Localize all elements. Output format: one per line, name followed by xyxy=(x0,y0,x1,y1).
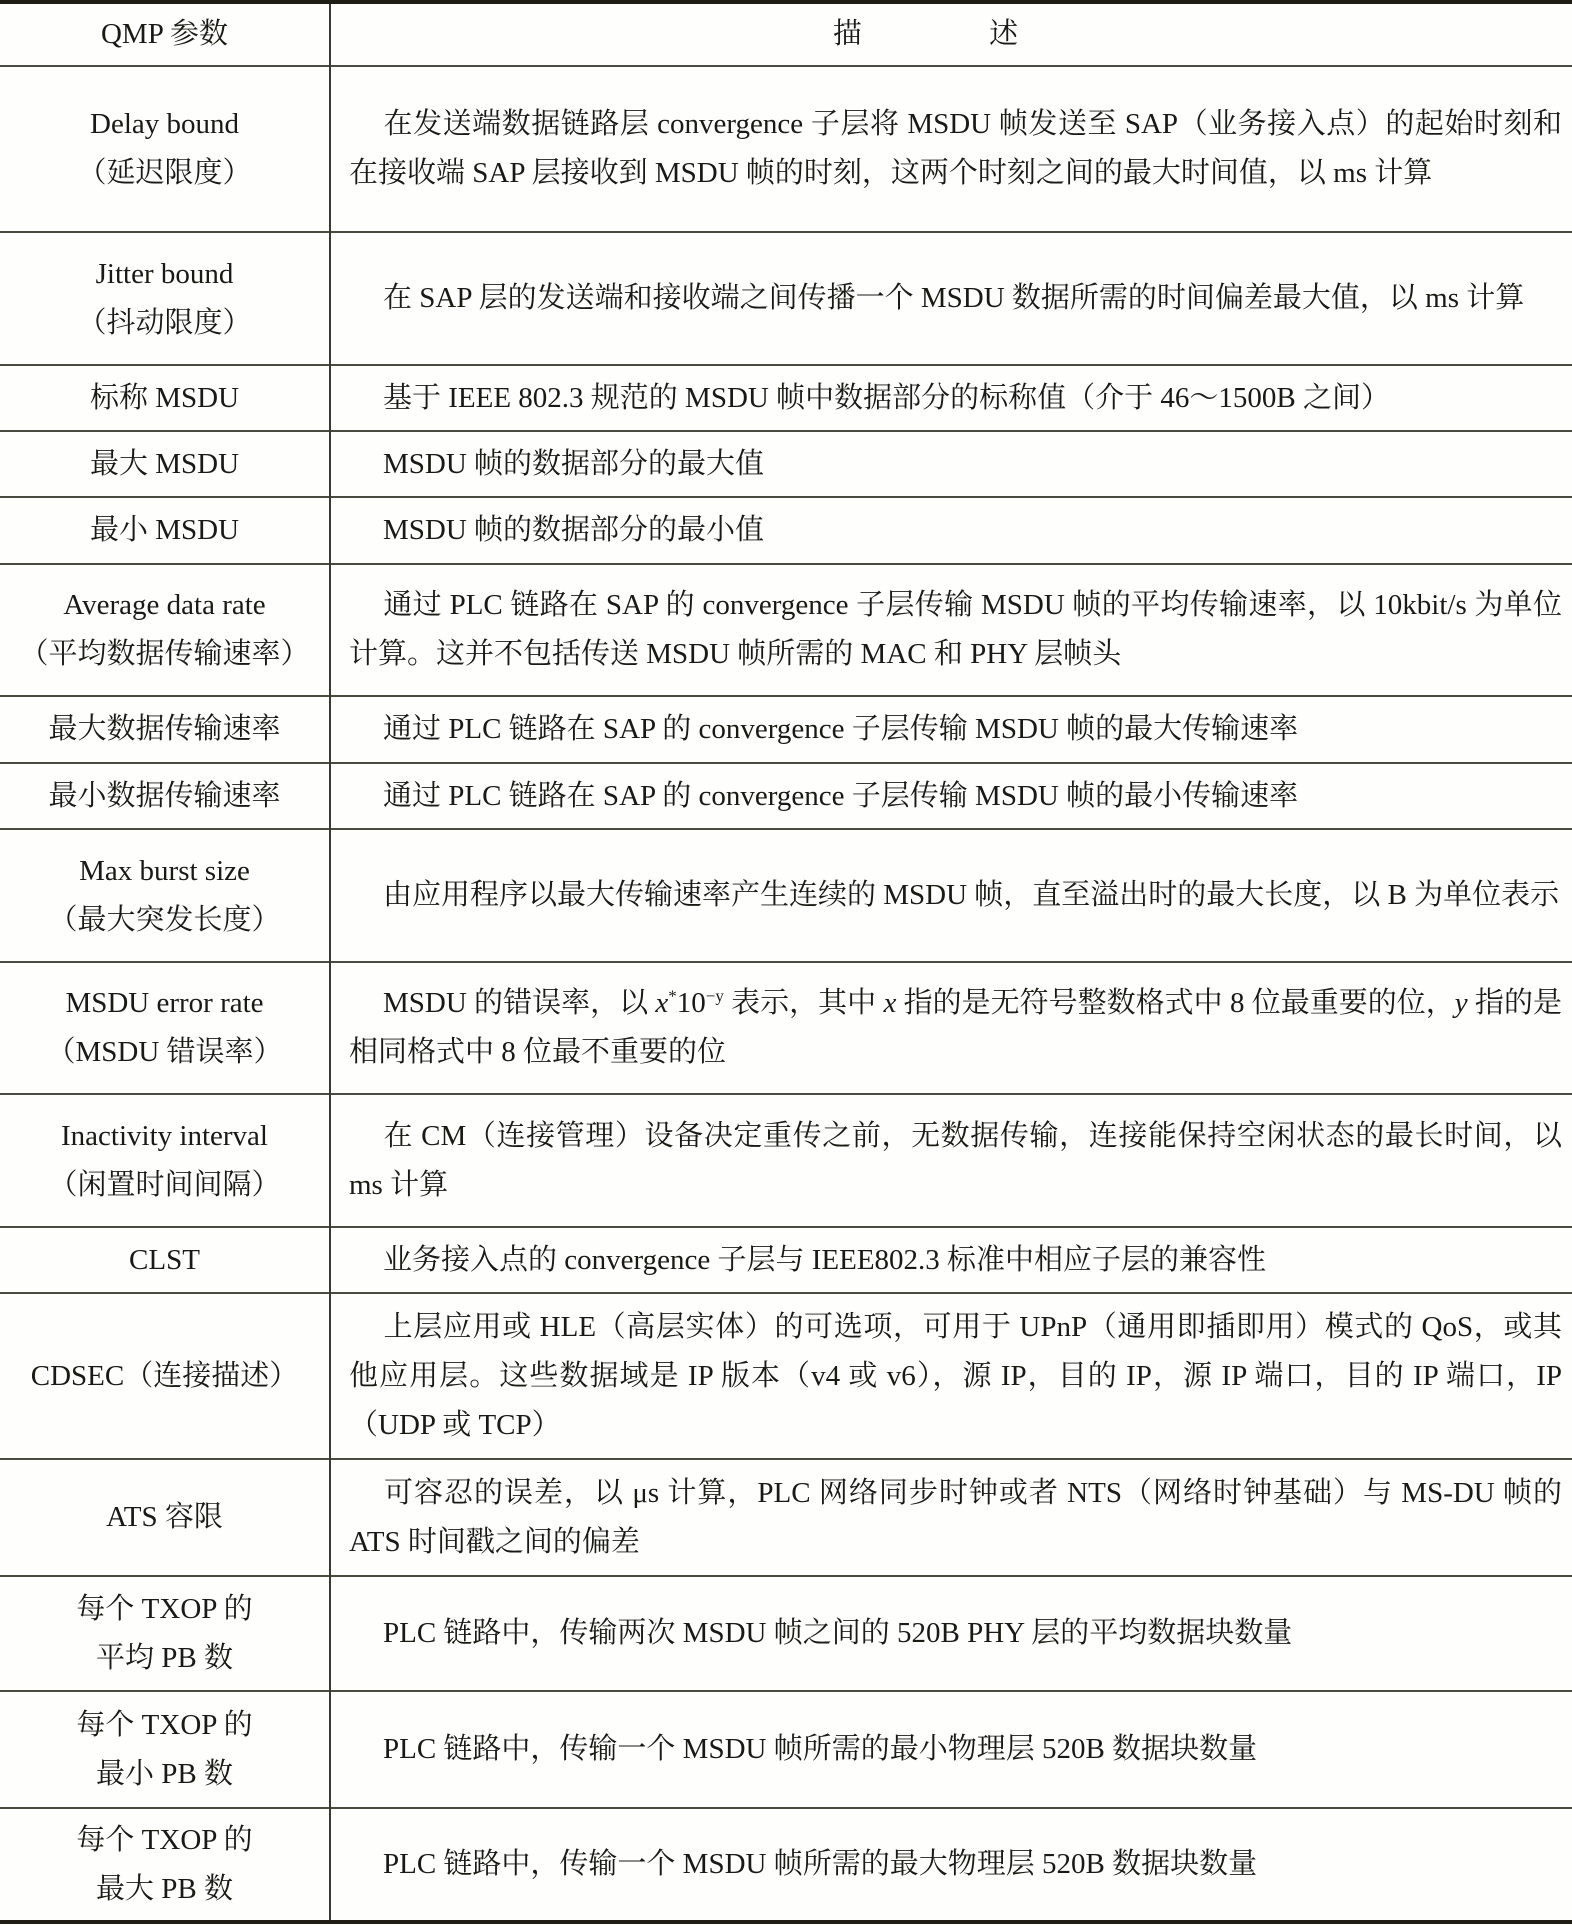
table-row: CLST业务接入点的 convergence 子层与 IEEE802.3 标准中… xyxy=(0,1227,1572,1293)
table-row: 每个 TXOP 的平均 PB 数PLC 链路中，传输两次 MSDU 帧之间的 5… xyxy=(0,1576,1572,1691)
desc-text: 在 SAP 层的发送端和接收端之间传播一个 MSDU 数据所需的时间偏差最大值，… xyxy=(383,282,1524,314)
table-row: 标称 MSDU基于 IEEE 802.3 规范的 MSDU 帧中数据部分的标称值… xyxy=(0,365,1572,431)
desc-text: 通过 PLC 链路在 SAP 的 convergence 子层传输 MSDU 帧… xyxy=(349,589,1562,670)
desc-text: 在 CM（连接管理）设备决定重传之前，无数据传输，连接能保持空闲状态的最长时间，… xyxy=(349,1120,1562,1201)
desc-text: PLC 链路中，传输两次 MSDU 帧之间的 520B PHY 层的平均数据块数… xyxy=(383,1617,1292,1649)
param-label: 最大 PB 数 xyxy=(6,1865,323,1914)
table-row: Inactivity interval（闲置时间间隔）在 CM（连接管理）设备决… xyxy=(0,1094,1572,1227)
param-label: 每个 TXOP 的 xyxy=(6,1585,323,1634)
desc-text: 基于 IEEE 802.3 规范的 MSDU 帧中数据部分的标称值（介于 46～… xyxy=(383,382,1390,414)
param-cell: Max burst size（最大突发长度） xyxy=(0,829,330,962)
param-label: （抖动限度） xyxy=(6,299,323,348)
desc-cell: PLC 链路中，传输一个 MSDU 帧所需的最大物理层 520B 数据块数量 xyxy=(330,1808,1572,1922)
param-cell: CDSEC（连接描述） xyxy=(0,1293,330,1459)
desc-text: PLC 链路中，传输一个 MSDU 帧所需的最小物理层 520B 数据块数量 xyxy=(383,1733,1257,1765)
table-row: Delay bound（延迟限度）在发送端数据链路层 convergence 子… xyxy=(0,66,1572,232)
param-cell: Average data rate（平均数据传输速率） xyxy=(0,564,330,696)
desc-cell: PLC 链路中，传输两次 MSDU 帧之间的 520B PHY 层的平均数据块数… xyxy=(330,1576,1572,1691)
param-label: 最小 PB 数 xyxy=(6,1750,323,1799)
desc-text: 在发送端数据链路层 convergence 子层将 MSDU 帧发送至 SAP（… xyxy=(349,108,1562,189)
param-cell: 最小 MSDU xyxy=(0,497,330,564)
desc-cell: PLC 链路中，传输一个 MSDU 帧所需的最小物理层 520B 数据块数量 xyxy=(330,1691,1572,1808)
desc-cell: 通过 PLC 链路在 SAP 的 convergence 子层传输 MSDU 帧… xyxy=(330,696,1572,763)
param-label: 最小数据传输速率 xyxy=(6,772,323,821)
param-cell: 最小数据传输速率 xyxy=(0,763,330,829)
desc-text: 业务接入点的 convergence 子层与 IEEE802.3 标准中相应子层… xyxy=(383,1244,1266,1276)
table-row: Jitter bound（抖动限度）在 SAP 层的发送端和接收端之间传播一个 … xyxy=(0,232,1572,365)
param-label: Inactivity interval xyxy=(6,1112,323,1161)
param-cell: Jitter bound（抖动限度） xyxy=(0,232,330,365)
param-label: 最大 MSDU xyxy=(6,440,323,489)
param-label: 最大数据传输速率 xyxy=(6,705,323,754)
param-cell: ATS 容限 xyxy=(0,1459,330,1576)
desc-text: 可容忍的误差，以 μs 计算，PLC 网络同步时钟或者 NTS（网络时钟基础）与… xyxy=(349,1477,1562,1558)
param-label: （最大突发长度） xyxy=(6,896,323,945)
desc-cell: 在发送端数据链路层 convergence 子层将 MSDU 帧发送至 SAP（… xyxy=(330,66,1572,232)
param-label: Delay bound xyxy=(6,100,323,149)
param-label: CLST xyxy=(6,1236,323,1285)
desc-cell: 业务接入点的 convergence 子层与 IEEE802.3 标准中相应子层… xyxy=(330,1227,1572,1293)
param-label: Max burst size xyxy=(6,847,323,896)
param-cell: 最大数据传输速率 xyxy=(0,696,330,763)
desc-text: 通过 PLC 链路在 SAP 的 convergence 子层传输 MSDU 帧… xyxy=(383,713,1298,745)
desc-text: PLC 链路中，传输一个 MSDU 帧所需的最大物理层 520B 数据块数量 xyxy=(383,1848,1257,1880)
desc-text: MSDU 帧的数据部分的最大值 xyxy=(383,448,764,480)
desc-text: MSDU 帧的数据部分的最小值 xyxy=(383,514,764,546)
header-param: QMP 参数 xyxy=(0,2,330,66)
param-label: （延迟限度） xyxy=(6,149,323,198)
param-cell: 标称 MSDU xyxy=(0,365,330,431)
table-row: ATS 容限可容忍的误差，以 μs 计算，PLC 网络同步时钟或者 NTS（网络… xyxy=(0,1459,1572,1576)
table-row: 每个 TXOP 的最大 PB 数PLC 链路中，传输一个 MSDU 帧所需的最大… xyxy=(0,1808,1572,1922)
table-row: 最大 MSDUMSDU 帧的数据部分的最大值 xyxy=(0,431,1572,497)
table-row: Max burst size（最大突发长度）由应用程序以最大传输速率产生连续的 … xyxy=(0,829,1572,962)
param-label: 每个 TXOP 的 xyxy=(6,1816,323,1865)
table-row: 最小 MSDUMSDU 帧的数据部分的最小值 xyxy=(0,497,1572,564)
desc-cell: MSDU 的错误率，以 x*10−y 表示，其中 x 指的是无符号整数格式中 8… xyxy=(330,962,1572,1094)
desc-cell: MSDU 帧的数据部分的最小值 xyxy=(330,497,1572,564)
param-label: 最小 MSDU xyxy=(6,506,323,555)
param-cell: MSDU error rate（MSDU 错误率） xyxy=(0,962,330,1094)
table-header-row: QMP 参数 描 述 xyxy=(0,2,1572,66)
desc-cell: 可容忍的误差，以 μs 计算，PLC 网络同步时钟或者 NTS（网络时钟基础）与… xyxy=(330,1459,1572,1576)
param-label: 每个 TXOP 的 xyxy=(6,1701,323,1750)
param-label: （平均数据传输速率） xyxy=(6,630,323,679)
param-label: 标称 MSDU xyxy=(6,374,323,423)
table-row: 最大数据传输速率通过 PLC 链路在 SAP 的 convergence 子层传… xyxy=(0,696,1572,763)
table-row: 每个 TXOP 的最小 PB 数PLC 链路中，传输一个 MSDU 帧所需的最小… xyxy=(0,1691,1572,1808)
table-row: Average data rate（平均数据传输速率）通过 PLC 链路在 SA… xyxy=(0,564,1572,696)
param-label: ATS 容限 xyxy=(6,1493,323,1542)
table-row: 最小数据传输速率通过 PLC 链路在 SAP 的 convergence 子层传… xyxy=(0,763,1572,829)
table-row: CDSEC（连接描述）上层应用或 HLE（高层实体）的可选项，可用于 UPnP（… xyxy=(0,1293,1572,1459)
desc-cell: 上层应用或 HLE（高层实体）的可选项，可用于 UPnP（通用即插即用）模式的 … xyxy=(330,1293,1572,1459)
param-cell: CLST xyxy=(0,1227,330,1293)
param-cell: Inactivity interval（闲置时间间隔） xyxy=(0,1094,330,1227)
desc-cell: MSDU 帧的数据部分的最大值 xyxy=(330,431,1572,497)
desc-text: 由应用程序以最大传输速率产生连续的 MSDU 帧，直至溢出时的最大长度，以 B … xyxy=(383,879,1559,911)
qmp-parameter-table: QMP 参数 描 述 Delay bound（延迟限度）在发送端数据链路层 co… xyxy=(0,0,1572,1924)
desc-cell: 通过 PLC 链路在 SAP 的 convergence 子层传输 MSDU 帧… xyxy=(330,564,1572,696)
desc-text: 通过 PLC 链路在 SAP 的 convergence 子层传输 MSDU 帧… xyxy=(383,780,1298,812)
param-label: （闲置时间间隔） xyxy=(6,1161,323,1210)
header-desc: 描 述 xyxy=(330,2,1572,66)
param-cell: 最大 MSDU xyxy=(0,431,330,497)
desc-cell: 通过 PLC 链路在 SAP 的 convergence 子层传输 MSDU 帧… xyxy=(330,763,1572,829)
param-label: （MSDU 错误率） xyxy=(6,1028,323,1077)
desc-cell: 由应用程序以最大传输速率产生连续的 MSDU 帧，直至溢出时的最大长度，以 B … xyxy=(330,829,1572,962)
param-label: Jitter bound xyxy=(6,250,323,299)
desc-cell: 在 CM（连接管理）设备决定重传之前，无数据传输，连接能保持空闲状态的最长时间，… xyxy=(330,1094,1572,1227)
param-cell: 每个 TXOP 的最大 PB 数 xyxy=(0,1808,330,1922)
param-cell: Delay bound（延迟限度） xyxy=(0,66,330,232)
param-cell: 每个 TXOP 的平均 PB 数 xyxy=(0,1576,330,1691)
table-row: MSDU error rate（MSDU 错误率）MSDU 的错误率，以 x*1… xyxy=(0,962,1572,1094)
param-label: 平均 PB 数 xyxy=(6,1634,323,1683)
desc-text: 上层应用或 HLE（高层实体）的可选项，可用于 UPnP（通用即插即用）模式的 … xyxy=(349,1311,1562,1441)
param-label: CDSEC（连接描述） xyxy=(6,1352,323,1401)
desc-cell: 基于 IEEE 802.3 规范的 MSDU 帧中数据部分的标称值（介于 46～… xyxy=(330,365,1572,431)
desc-cell: 在 SAP 层的发送端和接收端之间传播一个 MSDU 数据所需的时间偏差最大值，… xyxy=(330,232,1572,365)
param-label: MSDU error rate xyxy=(6,979,323,1028)
param-cell: 每个 TXOP 的最小 PB 数 xyxy=(0,1691,330,1808)
param-label: Average data rate xyxy=(6,581,323,630)
